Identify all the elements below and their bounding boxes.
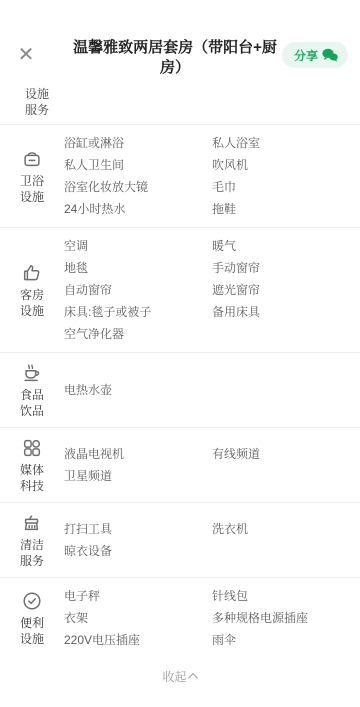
amenities-modal: ✕ 温馨雅致两居套房（带阳台+厨房） 分享 设施服务 xyxy=(0,0,360,707)
amenity-item: 地毯 xyxy=(64,257,212,279)
amenity-item: 洗衣机 xyxy=(212,518,348,540)
section-cleaning: 清洁服务 打扫工具晾衣设备 洗衣机 xyxy=(0,503,360,577)
amenity-item: 针线包 xyxy=(212,585,348,607)
share-button-label: 分享 xyxy=(294,47,318,64)
collapse-label: 收起 xyxy=(162,668,186,685)
amenity-item: 拖鞋 xyxy=(212,198,348,220)
toiletry-bag-icon xyxy=(21,148,43,170)
amenity-item: 遮光窗帘 xyxy=(212,279,348,301)
coffee-cup-icon xyxy=(21,362,43,384)
amenity-item: 24小时热水 xyxy=(64,198,212,220)
category-label: 客房设施 xyxy=(18,287,46,319)
amenity-item: 空气净化器 xyxy=(64,323,212,345)
amenity-item: 卫星频道 xyxy=(64,465,212,487)
chevron-up-icon xyxy=(188,673,198,683)
amenity-item: 暖气 xyxy=(212,235,348,257)
amenity-item: 液晶电视机 xyxy=(64,443,212,465)
amenity-item: 220V电压插座 xyxy=(64,629,212,651)
check-circle-icon xyxy=(21,590,43,612)
amenity-item: 打扫工具 xyxy=(64,518,212,540)
collapse-button[interactable]: 收起 xyxy=(0,662,360,695)
amenity-item: 备用床具 xyxy=(212,301,348,323)
section-media-tech: 媒体科技 液晶电视机卫星频道 有线频道 xyxy=(0,428,360,502)
amenity-item: 空调 xyxy=(64,235,212,257)
category-label: 食品饮品 xyxy=(18,387,46,419)
category-label: 卫浴设施 xyxy=(18,173,46,205)
amenity-item: 私人浴室 xyxy=(212,132,348,154)
amenity-item: 自动窗帘 xyxy=(64,279,212,301)
dustpan-icon xyxy=(21,512,43,534)
amenity-item: 吹风机 xyxy=(212,154,348,176)
amenity-item: 多种规格电源插座 xyxy=(212,607,348,629)
wechat-share-icon xyxy=(322,48,338,62)
amenity-item: 毛巾 xyxy=(212,176,348,198)
amenity-item: 手动窗帘 xyxy=(212,257,348,279)
section-bathroom: 卫浴设施 浴缸或淋浴私人卫生间浴室化妆放大镜24小时热水 私人浴室吹风机毛巾拖鞋 xyxy=(0,125,360,227)
section-convenience: 便利设施 电子秤衣架220V电压插座 针线包多种规格电源插座雨伞 xyxy=(0,578,360,658)
category-label: 清洁服务 xyxy=(18,537,46,569)
section-room: 客房设施 空调地毯自动窗帘床具:毯子或被子空气净化器 暖气手动窗帘遮光窗帘备用床… xyxy=(0,228,360,352)
amenity-item: 电子秤 xyxy=(64,585,212,607)
amenity-item: 浴缸或淋浴 xyxy=(64,132,212,154)
amenity-item: 有线频道 xyxy=(212,443,348,465)
thumbs-up-icon xyxy=(21,262,43,284)
amenity-item: 床具:毯子或被子 xyxy=(64,301,212,323)
modal-header: ✕ 温馨雅致两居套房（带阳台+厨房） 分享 xyxy=(0,28,360,82)
amenity-item: 衣架 xyxy=(64,607,212,629)
share-button[interactable]: 分享 xyxy=(282,42,348,68)
amenity-item: 晾衣设备 xyxy=(64,540,212,562)
amenity-item: 浴室化妆放大镜 xyxy=(64,176,212,198)
app-grid-icon xyxy=(21,437,43,459)
section-food-drink: 食品饮品 电热水壶 xyxy=(0,353,360,427)
amenity-item: 电热水壶 xyxy=(64,379,212,401)
close-icon[interactable]: ✕ xyxy=(14,42,38,66)
room-title: 温馨雅致两居套房（带阳台+厨房） xyxy=(62,38,288,78)
category-label: 媒体科技 xyxy=(18,462,46,494)
amenity-item: 私人卫生间 xyxy=(64,154,212,176)
panel-title: 设施服务 xyxy=(24,86,50,118)
category-label: 便利设施 xyxy=(18,615,46,647)
amenity-item: 雨伞 xyxy=(212,629,348,651)
